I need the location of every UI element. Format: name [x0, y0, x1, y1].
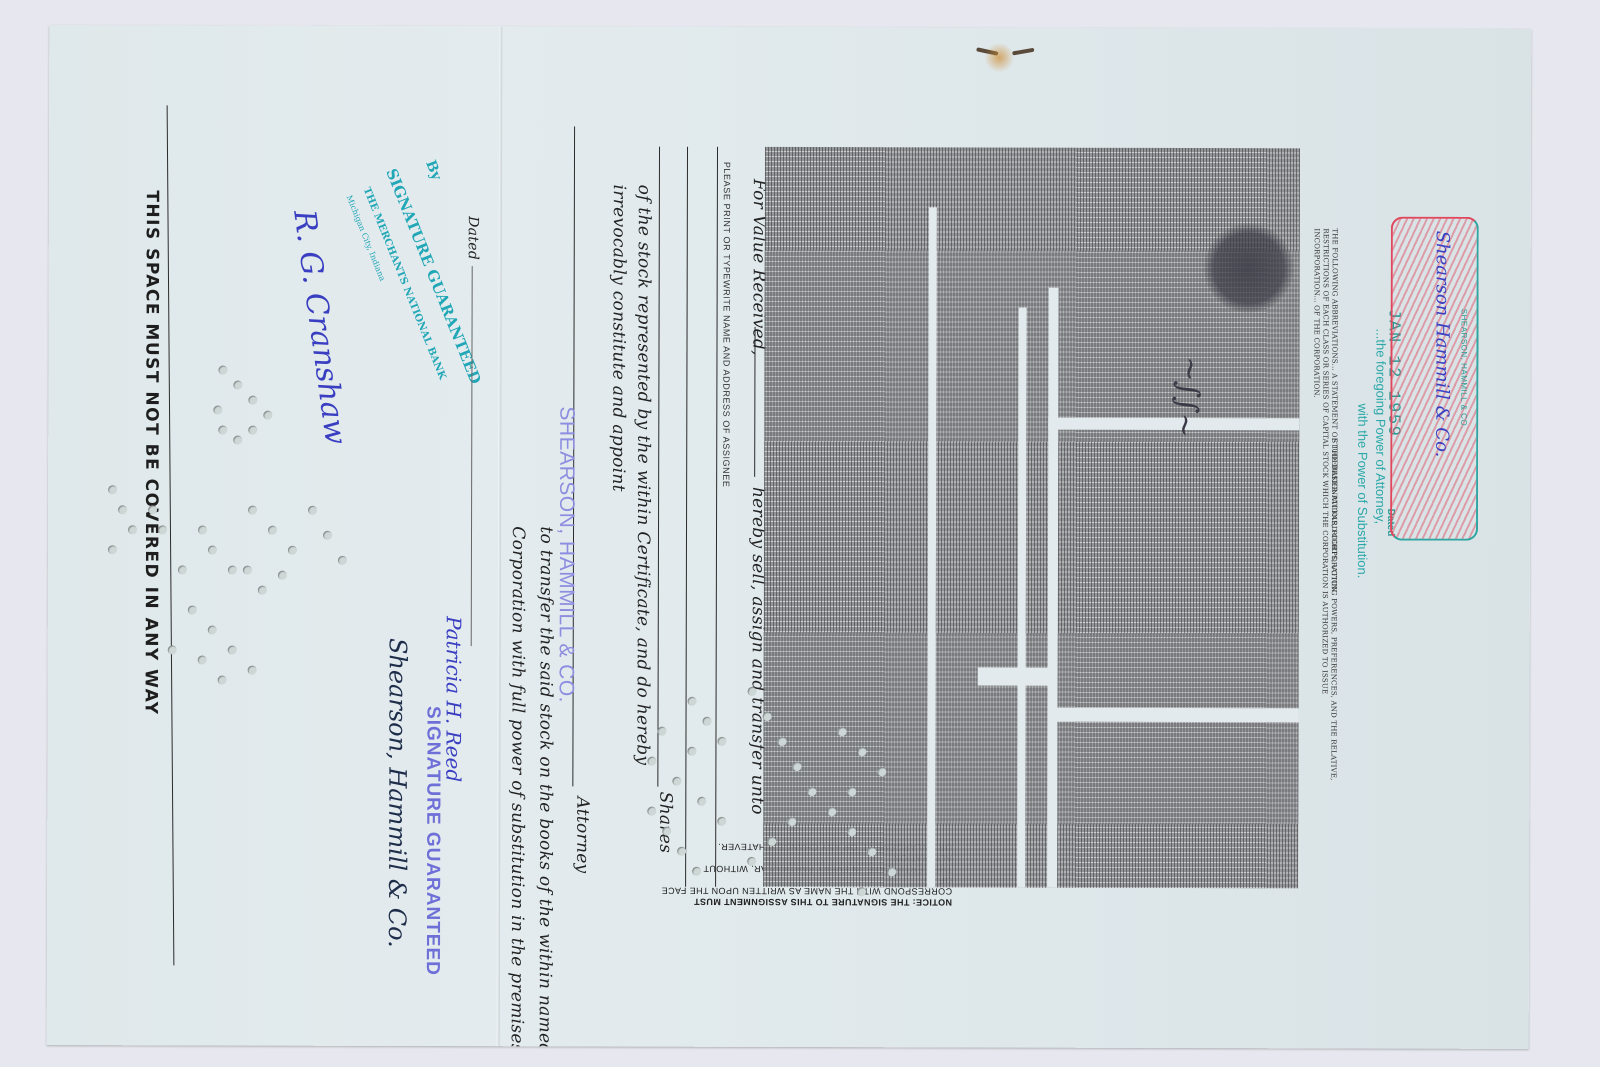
value-line [754, 327, 755, 477]
perforation-hole [688, 697, 697, 706]
perforation-hole [243, 566, 252, 575]
perforation-hole [338, 556, 347, 565]
perforation-hole [777, 737, 786, 746]
perforation-hole [857, 887, 866, 896]
perforation-hole [248, 396, 257, 405]
perforation-hole [288, 546, 297, 555]
perforation-hole [827, 807, 836, 816]
perforation-hole [677, 847, 686, 856]
perforation-hole [218, 426, 227, 435]
dated-label: Dated [465, 216, 481, 260]
perforation-hole [198, 655, 207, 664]
perforation-hole [218, 366, 227, 375]
perforation-hole [158, 525, 167, 534]
perforation-hole [703, 717, 712, 726]
dated-line [471, 266, 473, 646]
perforation-hole [148, 505, 157, 514]
row-gap [1048, 708, 1299, 723]
perforation-hole [867, 847, 876, 856]
column-gap [1017, 308, 1027, 888]
perforation-hole [887, 867, 896, 876]
perforation-hole [118, 505, 127, 514]
assignee-stamp: SHEARSON, HAMMILL & CO. [554, 406, 579, 703]
assignee-line-2 [685, 147, 688, 887]
perforation-hole [178, 565, 187, 574]
statement-line: RESTRICTIONS OF EACH CLASS OR SERIES OF … [1320, 228, 1330, 694]
perforation-hole [323, 531, 332, 540]
perforation-hole [763, 712, 772, 721]
perforation-hole [108, 545, 117, 554]
perforation-hole [208, 545, 217, 554]
statement-company: STUDEBAKER-PACKARD CORPORATION [1329, 438, 1338, 592]
perforation-hole [717, 817, 726, 826]
perforation-hole [198, 525, 207, 534]
bank-stamp-by: By [422, 158, 444, 182]
perforation-hole [233, 436, 242, 445]
perforation-hole [647, 757, 656, 766]
perforation-hole [168, 645, 177, 654]
perforation-hole [717, 737, 726, 746]
perforation-hole [208, 625, 217, 634]
perforation-hole [847, 787, 856, 796]
row-gap [978, 667, 1053, 685]
perforation-hole [268, 526, 277, 535]
perforation-hole [792, 762, 801, 771]
perforation-hole [847, 827, 856, 836]
stock-clause: of the stock represented by the within C… [632, 185, 654, 766]
perforation-hole [747, 857, 756, 866]
perforation-hole [787, 817, 796, 826]
perforation-hole [248, 506, 257, 515]
rust-stain [984, 43, 1014, 73]
perforation-hole [278, 571, 287, 580]
corporate-seal [1204, 223, 1294, 313]
firm-signature-stamp: Shearson Hammill & Co. SHEARSON, HAMMILL… [1390, 217, 1479, 541]
transfer-clause: to transfer the said stock on the books … [535, 526, 556, 1049]
perforation-hole [233, 381, 242, 390]
notice-line: NOTICE: THE SIGNATURE TO THIS ASSIGNMENT… [652, 896, 952, 908]
officer-scrawl: ~∫∫~ [1166, 355, 1208, 439]
perforation-hole [687, 747, 696, 756]
firm-stamp-name: SHEARSON, HAMMILL & CO. [1459, 309, 1468, 429]
perforation-hole [128, 525, 137, 534]
signature-guaranteed-stamp: SIGNATURE GUARANTEED [421, 706, 444, 976]
perforation-hole [228, 646, 237, 655]
perforation-hole [657, 727, 666, 736]
margin-rule [167, 105, 175, 965]
perforation-hole [692, 867, 701, 876]
attorney-clause: Corporation with full power of substitut… [507, 526, 528, 1049]
stock-certificate-back: THIS SPACE MUST NOT BE COVERED IN ANY WA… [47, 25, 1532, 1049]
shares-line [657, 147, 660, 787]
column-gap [1047, 288, 1059, 888]
perforation-hole [857, 747, 866, 756]
irrevocably-clause: irrevocably constitute and appoint [608, 185, 629, 492]
perforation-hole [662, 827, 671, 836]
cancellation-perforations [49, 25, 1531, 29]
perforation-hole [672, 777, 681, 786]
perforation-hole [108, 485, 117, 494]
assignee-line-1 [715, 147, 718, 887]
paper-fold [497, 26, 503, 1046]
perforation-hole [748, 687, 757, 696]
perforation-hole [228, 566, 237, 575]
perforation-hole [807, 787, 816, 796]
firm-stamp-signature: Shearson Hammill & Co. [1431, 231, 1453, 458]
firm-signature: Shearson, Hammill & Co. [383, 638, 412, 948]
space-warning-text: THIS SPACE MUST NOT BE COVERED IN ANY WA… [141, 190, 162, 715]
print-instruction: PLEASE PRINT OR TYPEWRITE NAME AND ADDRE… [721, 162, 732, 488]
perforation-hole [767, 837, 776, 846]
perforation-hole [877, 767, 886, 776]
statement-line: INCORPORATION... OF THE CORPORATION. [1311, 228, 1320, 397]
perforation-hole [213, 405, 222, 414]
perforation-hole [218, 676, 227, 685]
perforation-hole [258, 586, 267, 595]
perforation-hole [308, 506, 317, 515]
perforation-hole [647, 807, 656, 816]
staple-hole-right [1012, 48, 1034, 56]
holder-signature: Patricia H. Reed [441, 616, 465, 782]
perforation-hole [837, 727, 846, 736]
attorney-label: Attorney [572, 796, 592, 873]
perforation-hole [697, 797, 706, 806]
perforation-hole [248, 426, 257, 435]
perforation-hole [248, 666, 257, 675]
perforation-hole [188, 605, 197, 614]
power-of-attorney-line2: with the Power of Substitution. [1355, 403, 1370, 578]
perforation-hole [263, 411, 272, 420]
